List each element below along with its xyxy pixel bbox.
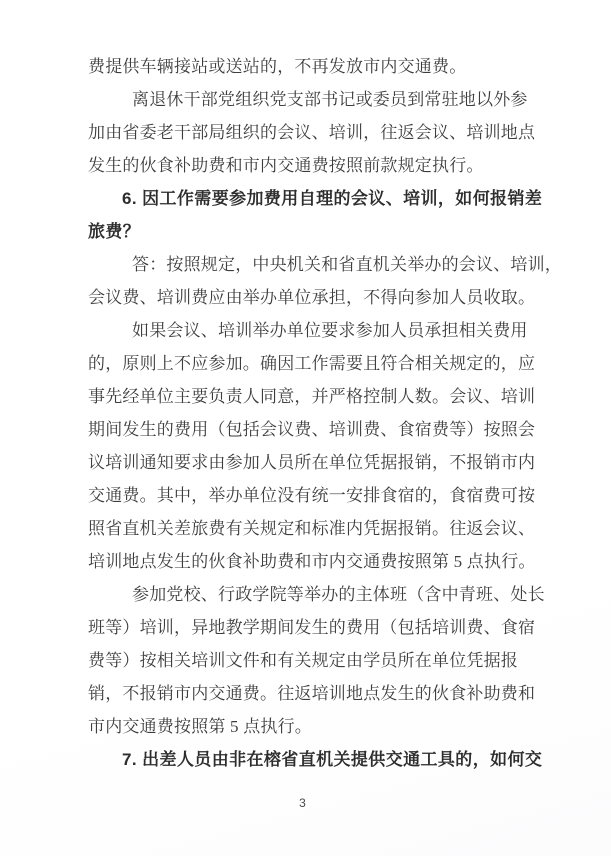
text-line: 加由省委老干部局组织的会议、培训，往返会议、培训地点 xyxy=(88,116,537,149)
text-line: 市内交通费按照第 5 点执行。 xyxy=(88,710,537,743)
scanned-document-page: 费提供车辆接站或送站的，不再发放市内交通费。离退休干部党组织党支部书记或委员到常… xyxy=(0,0,611,856)
text-line: 费提供车辆接站或送站的，不再发放市内交通费。 xyxy=(88,50,537,83)
text-line: 参加党校、行政学院等举办的主体班（含中青班、处长 xyxy=(88,578,537,611)
document-text-block: 费提供车辆接站或送站的，不再发放市内交通费。离退休干部党组织党支部书记或委员到常… xyxy=(0,0,611,776)
text-line: 如果会议、培训举办单位要求参加人员承担相关费用 xyxy=(88,314,537,347)
text-line: 交通费。其中，举办单位没有统一安排食宿的，食宿费可按 xyxy=(88,479,537,512)
text-line: 照省直机关差旅费有关规定和标准内凭据报销。往返会议、 xyxy=(88,512,537,545)
text-line: 班等）培训，异地教学期间发生的费用（包括培训费、食宿 xyxy=(88,611,537,644)
section-heading: 6. 因工作需要参加费用自理的会议、培训，如何报销差 xyxy=(88,182,537,215)
text-line: 会议费、培训费应由举办单位承担，不得向参加人员收取。 xyxy=(88,281,537,314)
text-line: 答：按照规定，中央机关和省直机关举办的会议、培训， xyxy=(88,248,537,281)
text-line: 发生的伙食补助费和市内交通费按照前款规定执行。 xyxy=(88,149,537,182)
text-line: 期间发生的费用（包括会议费、培训费、食宿费等）按照会 xyxy=(88,413,537,446)
text-line: 离退休干部党组织党支部书记或委员到常驻地以外参 xyxy=(88,83,537,116)
section-heading: 旅费？ xyxy=(88,215,537,248)
section-heading: 7. 出差人员由非在榕省直机关提供交通工具的，如何交 xyxy=(88,743,537,776)
text-line: 费等）按相关培训文件和有关规定由学员所在单位凭据报 xyxy=(88,644,537,677)
text-line: 销，不报销市内交通费。往返培训地点发生的伙食补助费和 xyxy=(88,677,537,710)
text-line: 事先经单位主要负责人同意，并严格控制人数。会议、培训 xyxy=(88,380,537,413)
page-number: 3 xyxy=(0,796,605,810)
text-line: 议培训通知要求由参加人员所在单位凭据报销，不报销市内 xyxy=(88,446,537,479)
text-line: 的，原则上不应参加。确因工作需要且符合相关规定的，应 xyxy=(88,347,537,380)
text-line: 培训地点发生的伙食补助费和市内交通费按照第 5 点执行。 xyxy=(88,545,537,578)
